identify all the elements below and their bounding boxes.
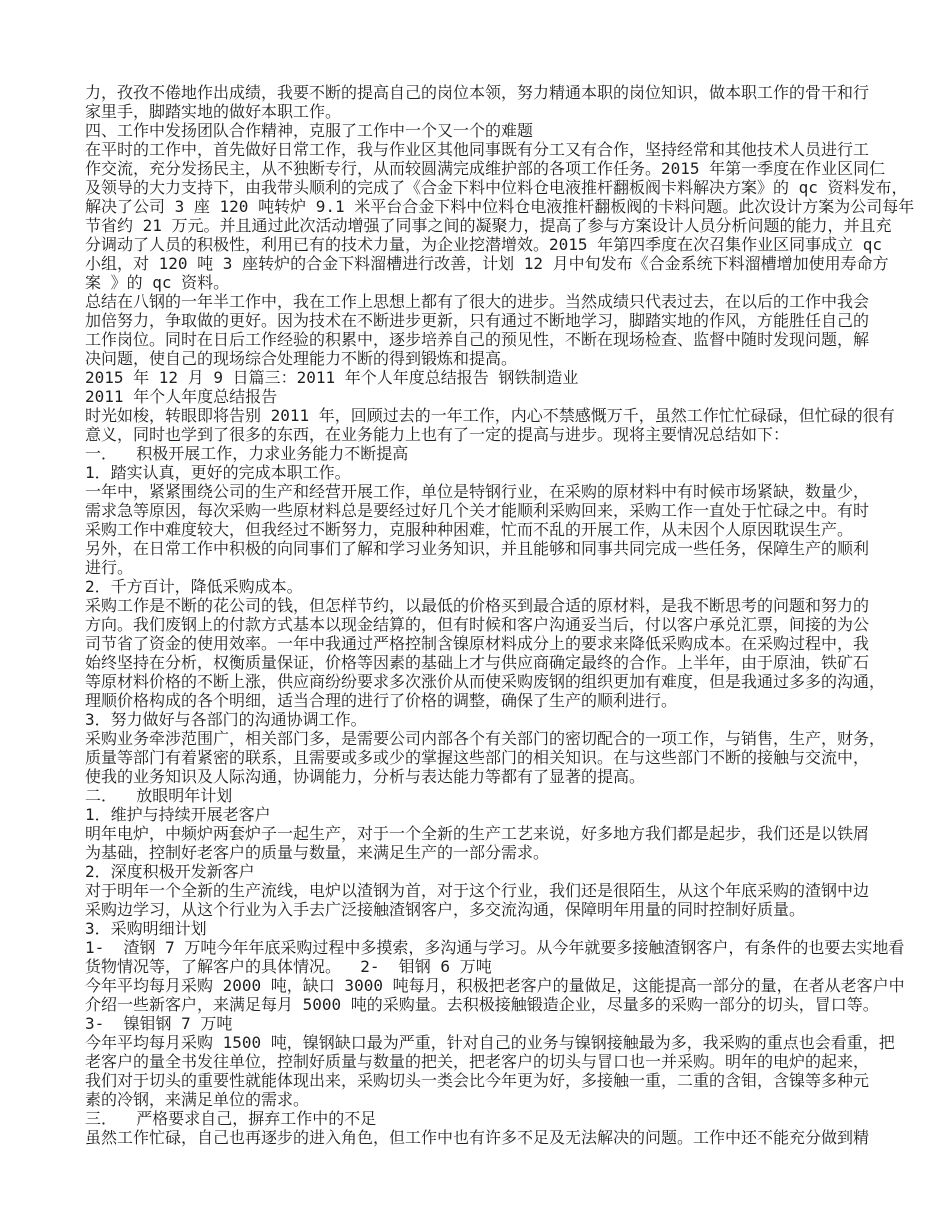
text-line: 今年平均每月采购 2000 吨，缺口 3000 吨每月，积极把老客户的量做足，这… xyxy=(85,976,866,995)
text-line: 我们对于切头的重要性就能体现出来，采购切头一类会比今年更为好，多接触一重，二重的… xyxy=(85,1071,866,1090)
text-line: 作交流，充分发扬民主，从不独断专行，从而较圆满完成维护部的各项工作任务。2015… xyxy=(85,159,866,178)
text-line: 工作岗位。同时在日后工作经验的积累中，逐步培养自己的预见性，不断在现场检查、监督… xyxy=(85,330,866,349)
text-line: 素的冷钢，来满足单位的需求。 xyxy=(85,1090,866,1109)
document-text-block: 力，孜孜不倦地作出成绩，我要不断的提高自己的岗位本领，努力精通本职的岗位知识，做… xyxy=(85,83,866,1147)
text-line: 介绍一些新客户，来满足每月 5000 吨的采购量。去积极接触锻造企业，尽量多的采… xyxy=(85,995,866,1014)
text-line: 四、工作中发扬团队合作精神，克服了工作中一个又一个的难题 xyxy=(85,121,866,140)
text-line: 对于明年一个全新的生产流线，电炉以渣钢为首，对于这个行业，我们还是很陌生，从这个… xyxy=(85,881,866,900)
text-line: 虽然工作忙碌，自己也再逐步的进入角色，但工作中也有许多不足及无法解决的问题。工作… xyxy=(85,1128,866,1147)
document-page: 力，孜孜不倦地作出成绩，我要不断的提高自己的岗位本领，努力精通本职的岗位知识，做… xyxy=(0,0,950,1230)
text-line: 采购工作中难度较大，但我经过不断努力，克服种种困难，忙而不乱的开展工作，从未因个… xyxy=(85,520,866,539)
text-line: 明年电炉，中频炉两套炉子一起生产，对于一个全新的生产工艺来说，好多地方我们都是起… xyxy=(85,824,866,843)
text-line: 货物情况等，了解客户的具体情况。 2- 钼钢 6 万吨 xyxy=(85,957,866,976)
text-line: 采购工作是不断的花公司的钱，但怎样节约，以最低的价格买到最合适的原材料，是我不断… xyxy=(85,596,866,615)
text-line: 家里手，脚踏实地的做好本职工作。 xyxy=(85,102,866,121)
text-line: 三． 严格要求自己，摒弃工作中的不足 xyxy=(85,1109,866,1128)
text-line: 1- 渣钢 7 万吨今年年底采购过程中多摸索，多沟通与学习。从今年就要多接触渣钢… xyxy=(85,938,866,957)
text-line: 司节省了资金的使用效率。一年中我通过严格控制含镍原材料成分上的要求来降低采购成本… xyxy=(85,634,866,653)
text-line: 在平时的工作中，首先做好日常工作，我与作业区其他同事既有分工又有合作，坚持经常和… xyxy=(85,140,866,159)
text-line: 总结在八钢的一年半工作中，我在工作上思想上都有了很大的进步。当然成绩只代表过去，… xyxy=(85,292,866,311)
text-line: 解决了公司 3 座 120 吨转炉 9.1 米平台合金下料中位料仓电液推杆翻板阀… xyxy=(85,197,866,216)
text-line: 2015 年 12 月 9 日篇三：2011 年个人年度总结报告 钢铁制造业 xyxy=(85,368,866,387)
text-line: 老客户的量全书发往单位，控制好质量与数量的把关，把老客户的切头与冒口也一并采购。… xyxy=(85,1052,866,1071)
text-line: 2011 年个人年度总结报告 xyxy=(85,387,866,406)
text-line: 2．千方百计，降低采购成本。 xyxy=(85,577,866,596)
text-line: 及领导的大力支持下，由我带头顺利的完成了《合金下料中位料仓电液推杆翻板阀卡料解决… xyxy=(85,178,866,197)
text-line: 3．努力做好与各部门的沟通协调工作。 xyxy=(85,710,866,729)
text-line: 使我的业务知识及人际沟通，协调能力，分析与表达能力等都有了显著的提高。 xyxy=(85,767,866,786)
text-line: 进行。 xyxy=(85,558,866,577)
text-line: 理顺价格构成的各个明细，适当合理的进行了价格的调整，确保了生产的顺利进行。 xyxy=(85,691,866,710)
text-line: 为基础，控制好老客户的质量与数量，来满足生产的一部分需求。 xyxy=(85,843,866,862)
text-line: 一． 积极开展工作，力求业务能力不断提高 xyxy=(85,444,866,463)
text-line: 决问题，使自己的现场综合处理能力不断的得到锻炼和提高。 xyxy=(85,349,866,368)
text-line: 1．维护与持续开展老客户 xyxy=(85,805,866,824)
text-line: 1．踏实认真，更好的完成本职工作。 xyxy=(85,463,866,482)
text-line: 另外，在日常工作中积极的向同事们了解和学习业务知识，并且能够和同事共同完成一些任… xyxy=(85,539,866,558)
text-line: 2．深度积极开发新客户 xyxy=(85,862,866,881)
text-line: 力，孜孜不倦地作出成绩，我要不断的提高自己的岗位本领，努力精通本职的岗位知识，做… xyxy=(85,83,866,102)
text-line: 今年平均每月采购 1500 吨，镍钢缺口最为严重，针对自己的业务与镍钢接触最为多… xyxy=(85,1033,866,1052)
text-line: 案 》的 qc 资料。 xyxy=(85,273,866,292)
text-line: 小组，对 120 吨 3 座转炉的合金下料溜槽进行改善，计划 12 月中旬发布《… xyxy=(85,254,866,273)
text-line: 始终坚持在分析，权衡质量保证，价格等因素的基础上才与供应商确定最终的合作。上半年… xyxy=(85,653,866,672)
text-line: 一年中，紧紧围绕公司的生产和经营开展工作，单位是特钢行业，在采购的原材料中有时候… xyxy=(85,482,866,501)
text-line: 需求急等原因，每次采购一些原材料总是要经过好几个关才能顺利采购回来，采购工作一直… xyxy=(85,501,866,520)
text-line: 3- 镍钼钢 7 万吨 xyxy=(85,1014,866,1033)
text-line: 方向。我们废钢上的付款方式基本以现金结算的，但有时候和客户沟通妥当后，付以客户承… xyxy=(85,615,866,634)
text-line: 意义，同时也学到了很多的东西，在业务能力上也有了一定的提高与进步。现将主要情况总… xyxy=(85,425,866,444)
text-line: 质量等部门有着紧密的联系，且需要或多或少的掌握这些部门的相关知识。在与这些部门不… xyxy=(85,748,866,767)
text-line: 节省约 21 万元。并且通过此次活动增强了同事之间的凝聚力，提高了参与方案设计人… xyxy=(85,216,866,235)
text-line: 采购边学习，从这个行业为入手去广泛接触渣钢客户，多交流沟通，保障明年用量的同时控… xyxy=(85,900,866,919)
text-line: 时光如梭，转眼即将告别 2011 年，回顾过去的一年工作，内心不禁感慨万千，虽然… xyxy=(85,406,866,425)
text-line: 二． 放眼明年计划 xyxy=(85,786,866,805)
text-line: 采购业务牵涉范围广，相关部门多，是需要公司内部各个有关部门的密切配合的一项工作，… xyxy=(85,729,866,748)
text-line: 加倍努力，争取做的更好。因为技术在不断进步更新，只有通过不断地学习，脚踏实地的作… xyxy=(85,311,866,330)
text-line: 3．采购明细计划 xyxy=(85,919,866,938)
text-line: 等原材料价格的不断上涨，供应商纷纷要求多次涨价从而使采购废钢的组织更加有难度，但… xyxy=(85,672,866,691)
text-line: 分调动了人员的积极性，利用已有的技术力量，为企业挖潜增效。2015 年第四季度在… xyxy=(85,235,866,254)
